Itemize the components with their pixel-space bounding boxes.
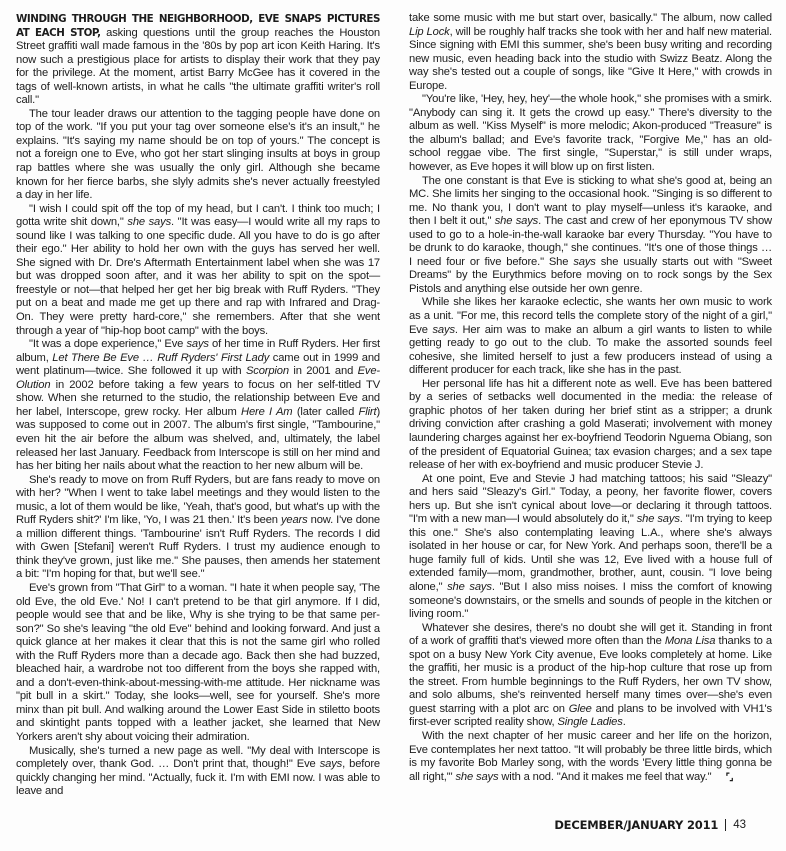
article-paragraph: At one point, Eve and Stevie J had match… (409, 473, 772, 622)
body-text: with a nod. "And it makes me feel that w… (498, 771, 711, 783)
italic-text: Single Ladies (557, 716, 622, 728)
italic-text: she says (127, 216, 171, 228)
italic-text: says (186, 338, 208, 350)
body-text: "You're like, 'Hey, hey, hey'—the whole … (409, 93, 772, 173)
italic-text: Here I Am (241, 406, 292, 418)
italic-text: Mona Lisa (665, 635, 715, 647)
article-paragraph: Musically, she's turned a new page as we… (16, 745, 380, 799)
article-column-left: WINDING THROUGH THE NEIGHBORHOOD, EVE SN… (16, 13, 380, 799)
body-text: Her personal life has hit a different no… (409, 378, 772, 471)
italic-text: Let There Be Eve … Ruff Ryders' First La… (52, 352, 269, 364)
article-paragraph: take some music with me but start over, … (409, 12, 772, 93)
body-text: . "It was easy—I would write all my raps… (16, 216, 380, 336)
italic-text: says (432, 324, 454, 336)
article-paragraph: With the next chapter of her music caree… (409, 730, 772, 784)
body-text: . Her aim was to make an album a girl wa… (409, 324, 772, 377)
italic-text: she says (455, 771, 498, 783)
italic-text: Flirt (359, 406, 377, 418)
article-paragraph: Her personal life has hit a different no… (409, 378, 772, 473)
article-paragraph: WINDING THROUGH THE NEIGHBORHOOD, EVE SN… (16, 13, 380, 108)
issue-date: DECEMBER/JANUARY 2011 (554, 818, 718, 832)
italic-text: she says (495, 215, 538, 227)
italic-text: Lip Lock (409, 26, 450, 38)
italic-text: she says (447, 581, 492, 593)
article-paragraph: "It was a dope experience," Eve says of … (16, 338, 380, 473)
end-mark-icon: ⌜⌟ (712, 771, 732, 785)
body-text: in 2001 and (289, 365, 358, 377)
page-number: 43 (733, 819, 746, 831)
magazine-page: WINDING THROUGH THE NEIGHBORHOOD, EVE SN… (0, 0, 786, 851)
italic-text: says (320, 758, 342, 770)
article-paragraph: The tour leader draws our attention to t… (16, 108, 380, 203)
article-paragraph: She's ready to move on from Ruff Ryders,… (16, 474, 380, 582)
body-text: The tour leader draws our attention to t… (16, 108, 380, 201)
article-column-right: take some music with me but start over, … (409, 12, 772, 784)
italic-text: years (281, 514, 308, 526)
body-text: , will be roughly half tracks she took w… (409, 26, 772, 92)
body-text: Eve's grown from "That Girl" to a woman.… (16, 582, 380, 743)
italic-text: says (573, 256, 595, 268)
footer-divider (725, 819, 726, 831)
article-paragraph: The one constant is that Eve is sticking… (409, 175, 772, 297)
body-text: . (623, 716, 626, 728)
article-paragraph: Whatever she desires, there's no doubt s… (409, 622, 772, 730)
italic-text: she says (637, 513, 680, 525)
body-text: take some music with me but start over, … (409, 12, 772, 24)
italic-text: Glee (569, 703, 592, 715)
body-text: "It was a dope experience," Eve (29, 338, 186, 350)
article-paragraph: "I wish I could spit off the top of my h… (16, 203, 380, 338)
page-footer: DECEMBER/JANUARY 2011 43 (554, 818, 746, 832)
article-paragraph: Eve's grown from "That Girl" to a woman.… (16, 582, 380, 745)
italic-text: Scorpion (246, 365, 289, 377)
article-paragraph: While she likes her karaoke eclectic, sh… (409, 296, 772, 377)
article-paragraph: "You're like, 'Hey, hey, hey'—the whole … (409, 93, 772, 174)
body-text: (later called (292, 406, 358, 418)
